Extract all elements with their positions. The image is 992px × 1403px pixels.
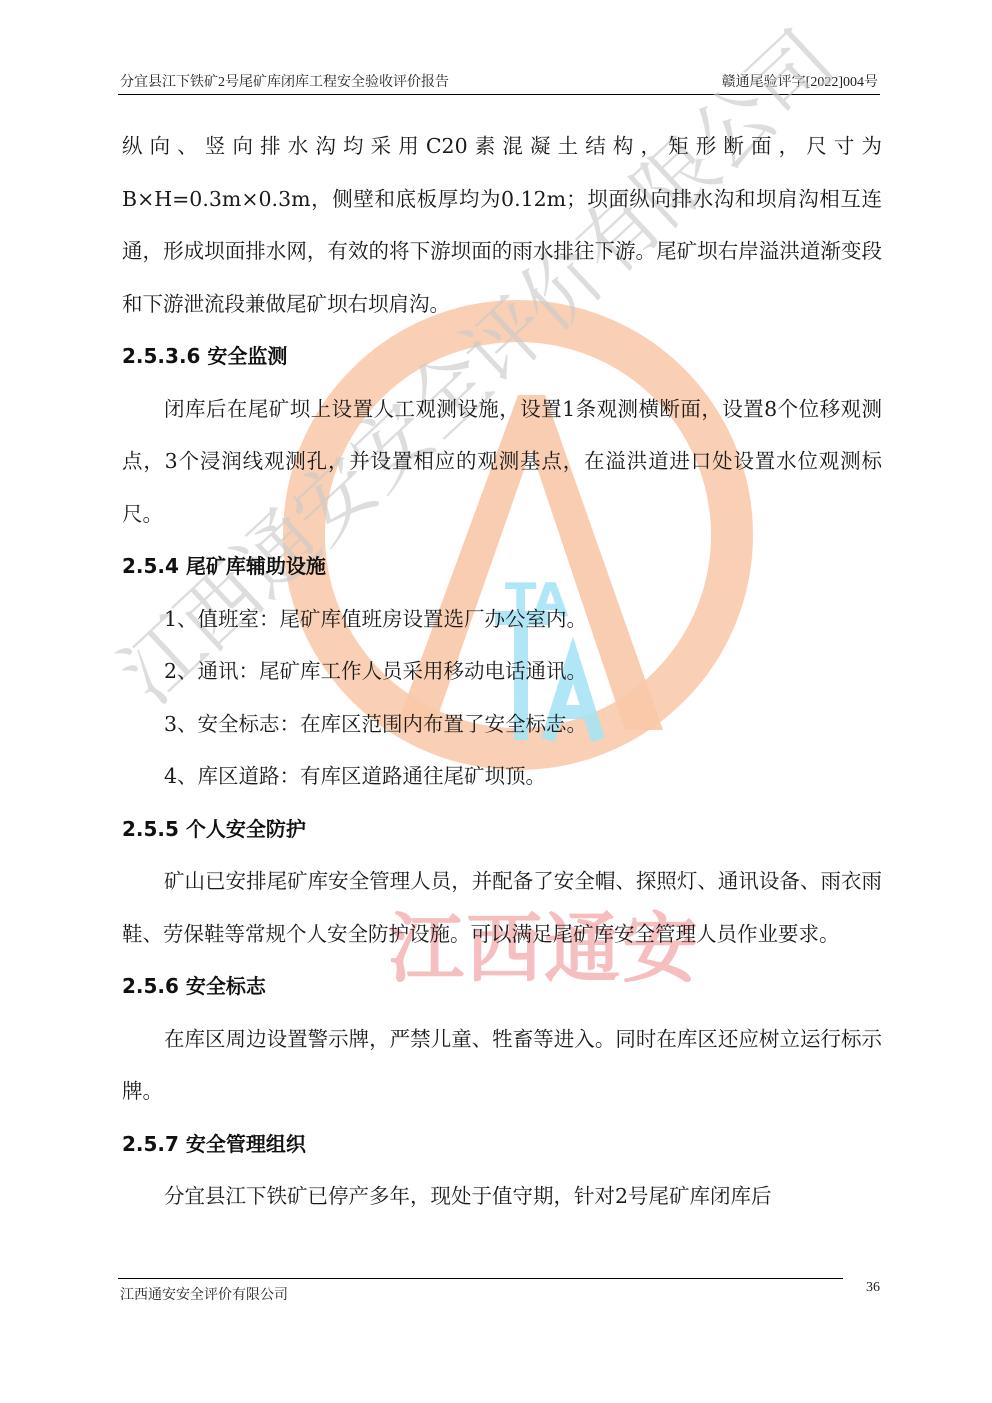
section-heading-2-5-3-6: 2.5.3.6 安全监测: [122, 330, 882, 383]
section-heading-2-5-6: 2.5.6 安全标志: [122, 960, 882, 1013]
list-item: 3、安全标志：在库区范围内布置了安全标志。: [122, 698, 882, 751]
footer-company: 江西通安安全评价有限公司: [120, 1284, 288, 1304]
section-heading-2-5-4: 2.5.4 尾矿库辅助设施: [122, 540, 882, 593]
section-paragraph: 分宜县江下铁矿已停产多年，现处于值守期，针对2号尾矿库闭库后: [122, 1170, 882, 1223]
section-paragraph: 闭库后在尾矿坝上设置人工观测设施，设置1条观测横断面，设置8个位移观测点，3个浸…: [122, 383, 882, 541]
list-item: 4、库区道路：有库区道路通往尾矿坝顶。: [122, 750, 882, 803]
section-heading-2-5-7: 2.5.7 安全管理组织: [122, 1118, 882, 1171]
section-paragraph: 在库区周边设置警示牌，严禁儿童、牲畜等进入。同时在库区还应树立运行标示牌。: [122, 1013, 882, 1118]
page-header: 分宜县江下铁矿2号尾矿库闭库工程安全验收评价报告 赣通尾验评字[2022]004…: [118, 68, 880, 95]
section-paragraph: 矿山已安排尾矿库安全管理人员，并配备了安全帽、探照灯、通讯设备、雨衣雨鞋、劳保鞋…: [122, 855, 882, 960]
list-item: 2、通讯：尾矿库工作人员采用移动电话通讯。: [122, 645, 882, 698]
intro-paragraph: 纵向、竖向排水沟均采用C20素混凝土结构，矩形断面，尺寸为B×H=0.3m×0.…: [122, 120, 882, 330]
document-body: 纵向、竖向排水沟均采用C20素混凝土结构，矩形断面，尺寸为B×H=0.3m×0.…: [122, 120, 882, 1223]
report-title: 分宜县江下铁矿2号尾矿库闭库工程安全验收评价报告: [120, 71, 449, 91]
section-heading-2-5-5: 2.5.5 个人安全防护: [122, 803, 882, 856]
list-item: 1、值班室：尾矿库值班房设置选厂办公室内。: [122, 593, 882, 646]
page-footer: 江西通安安全评价有限公司 36: [118, 1278, 880, 1283]
document-number: 赣通尾验评字[2022]004号: [722, 71, 878, 91]
footer-divider: [118, 1278, 843, 1279]
page-number: 36: [866, 1280, 880, 1296]
